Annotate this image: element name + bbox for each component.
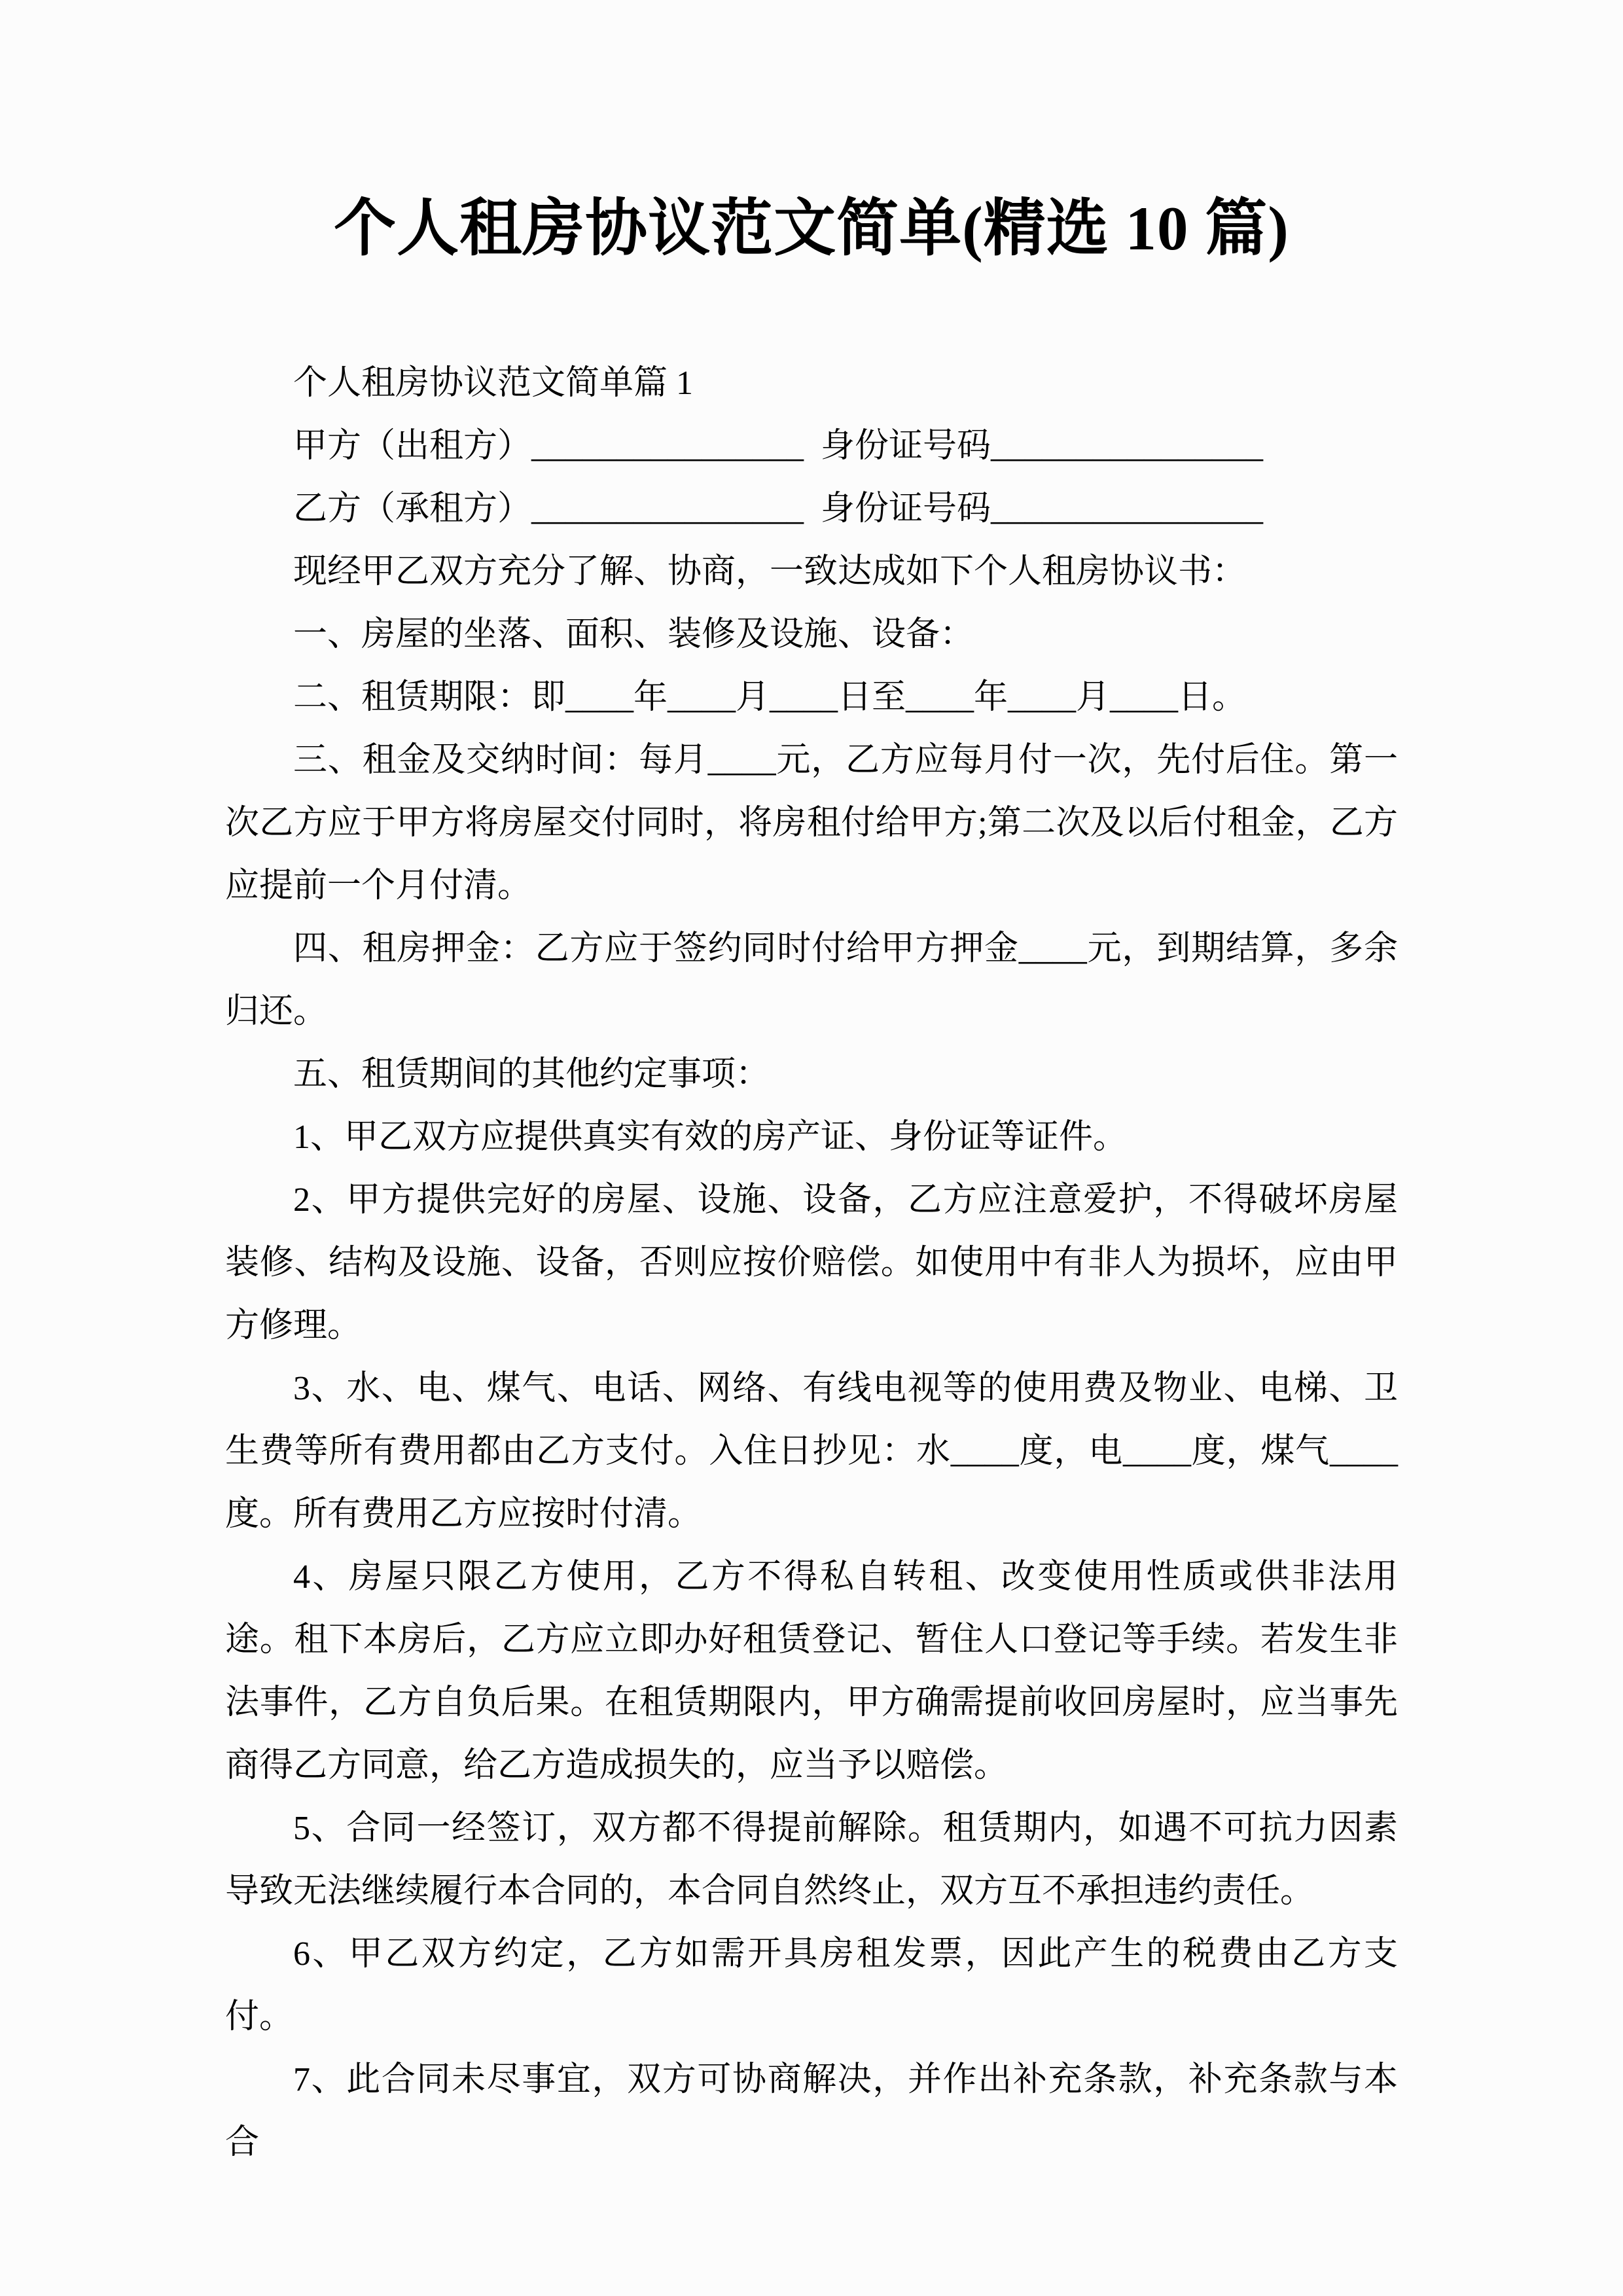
document-title: 个人租房协议范文简单(精选 10 篇) <box>225 187 1398 270</box>
document-page: 个人租房协议范文简单(精选 10 篇) 个人租房协议范文简单篇 1 甲方（出租方… <box>0 0 1623 2296</box>
paragraph-clause-1: 一、房屋的坐落、面积、装修及设施、设备： <box>225 603 1398 666</box>
paragraph-clause-5-item-1: 1、甲乙双方应提供真实有效的房产证、身份证等证件。 <box>225 1106 1398 1169</box>
document-body: 个人租房协议范文简单篇 1 甲方（出租方）________________ 身份… <box>225 352 1398 2174</box>
paragraph-clause-5-item-7: 7、此合同未尽事宜，双方可协商解决，并作出补充条款，补充条款与本合 <box>225 2049 1398 2174</box>
paragraph-intro: 现经甲乙双方充分了解、协商，一致达成如下个人租房协议书： <box>225 541 1398 603</box>
paragraph-clause-5-item-6: 6、甲乙双方约定，乙方如需开具房租发票，因此产生的税费由乙方支付。 <box>225 1923 1398 2049</box>
paragraph-clause-5-item-2: 2、甲方提供完好的房屋、设施、设备，乙方应注意爱护，不得破坏房屋装修、结构及设施… <box>225 1169 1398 1357</box>
paragraph-clause-5-item-3: 3、水、电、煤气、电话、网络、有线电视等的使用费及物业、电梯、卫生费等所有费用都… <box>225 1357 1398 1546</box>
paragraph-clause-5-item-4: 4、房屋只限乙方使用，乙方不得私自转租、改变使用性质或供非法用途。租下本房后，乙… <box>225 1546 1398 1797</box>
paragraph-section-heading: 个人租房协议范文简单篇 1 <box>225 352 1398 415</box>
paragraph-party-b-line: 乙方（承租方）________________ 身份证号码___________… <box>225 478 1398 541</box>
paragraph-clause-4: 四、租房押金：乙方应于签约同时付给甲方押金____元，到期结算，多余归还。 <box>225 918 1398 1043</box>
paragraph-clause-5-item-5: 5、合同一经签订，双方都不得提前解除。租赁期内，如遇不可抗力因素导致无法继续履行… <box>225 1797 1398 1923</box>
paragraph-clause-3: 三、租金及交纳时间：每月____元，乙方应每月付一次，先付后住。第一次乙方应于甲… <box>225 729 1398 918</box>
paragraph-party-a-line: 甲方（出租方）________________ 身份证号码___________… <box>225 415 1398 478</box>
paragraph-clause-5: 五、租赁期间的其他约定事项： <box>225 1043 1398 1106</box>
paragraph-clause-2: 二、租赁期限：即____年____月____日至____年____月____日。 <box>225 666 1398 729</box>
